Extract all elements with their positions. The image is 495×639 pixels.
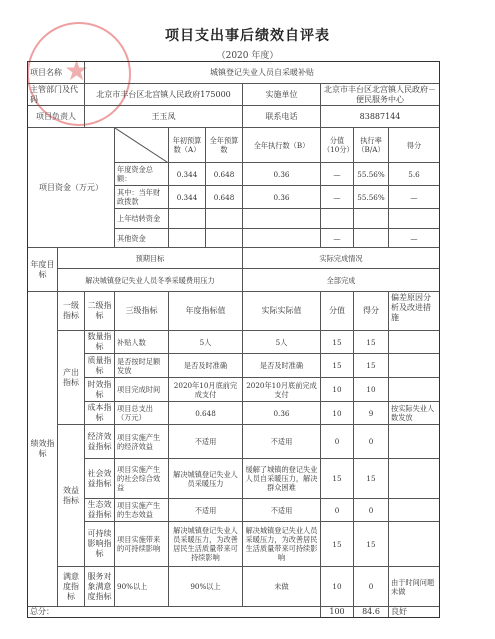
fund-row-b xyxy=(242,228,321,248)
row-score-value: 15 xyxy=(320,458,354,499)
fund-row-score: — xyxy=(388,185,440,209)
row-target: 2020年10月底前完成支付 xyxy=(168,377,243,402)
total-score-value: 100 xyxy=(320,606,354,618)
owner-value: 王玉凤 xyxy=(84,105,243,128)
perf-header-target: 年度指标值 xyxy=(168,291,243,331)
group-output: 产出指标 xyxy=(57,330,85,425)
row-actual: 是否及时准确 xyxy=(242,353,321,378)
perf-header-note: 偏差原因分析及改进措施 xyxy=(388,291,440,331)
row-score: 0 xyxy=(353,566,389,607)
impl-label: 实施单位 xyxy=(242,83,321,106)
total-label: 总分： xyxy=(27,606,321,618)
row-target: 90%以上 xyxy=(168,566,243,607)
row-score: 15 xyxy=(353,330,389,354)
row-target: 0.648 xyxy=(168,401,243,425)
row-actual: 2020年10月底前完成支付 xyxy=(242,377,321,402)
row-actual: 不适用 xyxy=(242,498,321,522)
perf-header-l2: 二级指标 xyxy=(84,291,115,331)
row-target: 是否及时准确 xyxy=(168,353,243,378)
phone-value: 83887144 xyxy=(320,105,440,128)
actual-goal: 全部完成 xyxy=(242,268,440,292)
fund-row-full: 0.648 xyxy=(205,162,243,186)
expected-goal: 解决城镇登记失业人员冬季采暖费用压力 xyxy=(57,268,243,292)
perf-header-score: 得分 xyxy=(353,291,389,331)
row-actual: 0.36 xyxy=(242,401,321,425)
fund-row-a xyxy=(168,228,206,248)
row-l3: 项目实施产生的生态效益 xyxy=(114,498,169,522)
fund-row-rate: 55.56% xyxy=(353,162,389,186)
row-score-value: 0 xyxy=(320,498,354,522)
fund-row-b: 0.36 xyxy=(242,162,321,186)
row-actual: 不适用 xyxy=(242,424,321,459)
actual-goal-label: 实际完成情况 xyxy=(242,247,440,269)
row-note xyxy=(388,498,440,522)
row-l3: 是否按时足额发放 xyxy=(114,353,169,378)
row-l2: 数量指标 xyxy=(84,330,115,354)
fund-row-rate: 55.56% xyxy=(353,185,389,209)
row-target: 不适用 xyxy=(168,498,243,522)
row-note xyxy=(388,458,440,499)
row-note: 按实际失业人数发放 xyxy=(388,401,440,425)
row-l3: 补贴人数 xyxy=(114,330,169,354)
row-l3: 项目实施产生的经济效益 xyxy=(114,424,169,459)
fund-row-full: 0.648 xyxy=(205,185,243,209)
fund-row-rate xyxy=(353,208,389,229)
row-score-value: 10 xyxy=(320,566,354,607)
row-target: 解决城镇登记失业人员采暖压力 xyxy=(168,458,243,499)
expected-goal-label: 预期目标 xyxy=(57,247,243,269)
row-note: 由于时间问题未做 xyxy=(388,566,440,607)
row-l3: 项目实施产生的社会综合效益 xyxy=(114,458,169,499)
row-note xyxy=(388,377,440,402)
fund-row-a: 0.344 xyxy=(168,185,206,209)
perf-header-l3: 三级指标 xyxy=(114,291,169,331)
performance-label: 绩效指标 xyxy=(27,291,58,607)
row-score: 9 xyxy=(353,401,389,425)
row-score-value: 0 xyxy=(320,424,354,459)
row-note xyxy=(388,424,440,459)
perf-header-score-value: 分值 xyxy=(320,291,354,331)
row-score-value: 15 xyxy=(320,353,354,378)
funds-label: 项目资金（万元） xyxy=(27,127,115,248)
project-name-label: 项目名称 xyxy=(27,61,85,84)
row-score-value: 10 xyxy=(320,401,354,425)
row-l3: 90%以上 xyxy=(114,566,169,607)
fund-row-b: 0.36 xyxy=(242,185,321,209)
row-actual: 未做 xyxy=(242,566,321,607)
fund-row-b xyxy=(242,208,321,229)
fund-row-full xyxy=(205,208,243,229)
owner-label: 项目负责人 xyxy=(27,105,85,128)
fund-row-name: 其他资金 xyxy=(114,228,169,248)
project-name: 城镇登记失业人员自采暖补贴 xyxy=(84,61,440,84)
row-score: 10 xyxy=(353,377,389,402)
row-l2: 生态效益指标 xyxy=(84,498,115,522)
fund-row-rate xyxy=(353,228,389,248)
diagonal-header xyxy=(114,127,169,163)
row-score-value: 15 xyxy=(320,330,354,354)
row-l2: 时效指标 xyxy=(84,377,115,402)
fund-header-full: 全年预算数 xyxy=(205,127,243,163)
fund-header-b: 全年执行数（B） xyxy=(242,127,321,163)
impl-value: 北京市丰台区北宫镇人民政府－便民服务中心 xyxy=(320,83,440,106)
row-actual: 解决城镇登记失业人员采暖压力，为改善居民生活质量带来可持续影响 xyxy=(242,521,321,567)
row-score-value: 15 xyxy=(320,521,354,567)
row-score: 15 xyxy=(353,458,389,499)
dept-label: 主管部门及代码 xyxy=(27,83,85,106)
fund-row-score-value: — xyxy=(320,228,354,248)
row-note xyxy=(388,521,440,567)
row-l2: 质量指标 xyxy=(84,353,115,378)
fund-header-a: 年初预算数（A） xyxy=(168,127,206,163)
row-target: 5人 xyxy=(168,330,243,354)
row-l2: 可持续影响指标 xyxy=(84,521,115,567)
fund-row-score xyxy=(388,208,440,229)
fund-row-full xyxy=(205,228,243,248)
row-l3: 项目完成时间 xyxy=(114,377,169,402)
fund-row-score: — xyxy=(388,228,440,248)
fund-header-rate: 执行率（B/A） xyxy=(353,127,389,163)
row-score-value: 10 xyxy=(320,377,354,402)
row-note xyxy=(388,353,440,378)
fund-header-score-value: 分值（10分） xyxy=(320,127,354,163)
fund-row-name: 其中：当年财政拨款 xyxy=(114,185,169,209)
fund-row-score-value: — xyxy=(320,162,354,186)
fund-row-name: 年度资金总额： xyxy=(114,162,169,186)
fund-row-score: 5.6 xyxy=(388,162,440,186)
row-l2: 成本指标 xyxy=(84,401,115,425)
row-l2: 服务对象满意度指标 xyxy=(84,566,115,607)
row-actual: 缓解了城镇的登记失业人员自采暖压力，解决群众困难 xyxy=(242,458,321,499)
page-title: 项目支出事后绩效自评表 xyxy=(0,25,495,45)
fund-row-a xyxy=(168,208,206,229)
row-score: 15 xyxy=(353,353,389,378)
goals-label: 年度目标 xyxy=(27,247,58,292)
row-score: 15 xyxy=(353,521,389,567)
row-score: 0 xyxy=(353,424,389,459)
fund-row-name: 上年结转资金 xyxy=(114,208,169,229)
fund-header-score: 得分 xyxy=(388,127,440,163)
report-year: （2020 年度） xyxy=(0,48,495,61)
diagonal-line-icon xyxy=(115,128,169,163)
fund-row-a: 0.344 xyxy=(168,162,206,186)
perf-header-l1: 一级指标 xyxy=(57,291,85,331)
group-satisfaction: 满意度指标 xyxy=(57,566,85,607)
row-score: 0 xyxy=(353,498,389,522)
total-score: 84.6 xyxy=(353,606,389,618)
row-target: 不适用 xyxy=(168,424,243,459)
row-l2: 经济效益指标 xyxy=(84,424,115,459)
group-benefit: 效益指标 xyxy=(57,424,85,567)
row-l3: 项目总支出（万元） xyxy=(114,401,169,425)
row-actual: 5人 xyxy=(242,330,321,354)
row-note xyxy=(388,330,440,354)
dept-value: 北京市丰台区北宫镇人民政府175000 xyxy=(84,83,243,106)
row-target: 解决城镇登记失业人员采暖压力，为改善居民生活质量带来可持续影响 xyxy=(168,521,243,567)
phone-label: 联系电话 xyxy=(242,105,321,128)
perf-header-actual: 实际实际值 xyxy=(242,291,321,331)
fund-row-score-value: — xyxy=(320,185,354,209)
fund-row-score-value xyxy=(320,208,354,229)
row-l2: 社会效益指标 xyxy=(84,458,115,499)
grade: 良好 xyxy=(388,606,440,618)
row-l3: 项目实施带来的可持续影响 xyxy=(114,521,169,567)
